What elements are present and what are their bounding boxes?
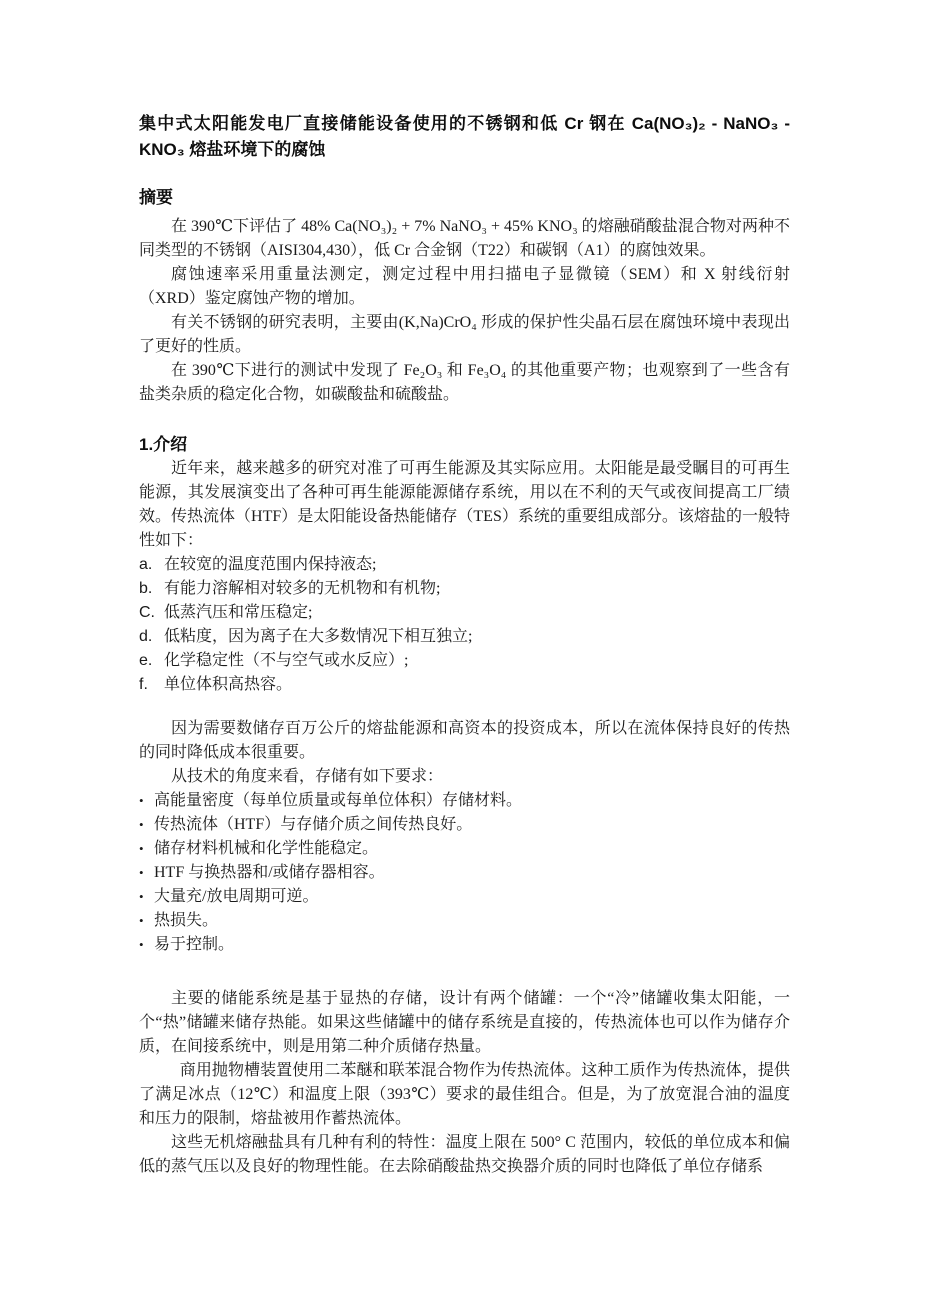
abstract-section: 在 390℃下评估了 48% Ca(NO₃)₂ + 7% NaNO₃ + 45%…: [139, 215, 790, 407]
blank-line: [139, 957, 790, 987]
list-item: f. 单位体积高热容。: [139, 673, 790, 697]
bullet-item-text: 高能量密度（每单位质量或每单位体积）存储材料。: [154, 789, 790, 813]
bullet-item-text: 传热流体（HTF）与存储介质之间传热良好。: [154, 813, 790, 837]
list-item: e. 化学稳定性（不与空气或水反应）;: [139, 649, 790, 673]
bullet-item: • HTF 与换热器和/或储存器相容。: [139, 861, 790, 885]
list-item: d. 低粘度，因为离子在大多数情况下相互独立;: [139, 625, 790, 649]
intro-paragraph: 商用抛物槽装置使用二苯醚和联苯混合物作为传热流体。这种工质作为传热流体，提供了满…: [139, 1059, 790, 1131]
bullet-item: • 高能量密度（每单位质量或每单位体积）存储材料。: [139, 789, 790, 813]
bullet-icon: •: [139, 909, 154, 933]
salt-properties-list: a. 在较宽的温度范围内保持液态; b. 有能力溶解相对较多的无机物和有机物; …: [139, 553, 790, 697]
list-item-marker: f.: [139, 673, 164, 697]
bullet-item: • 易于控制。: [139, 933, 790, 957]
bullet-item-text: HTF 与换热器和/或储存器相容。: [154, 861, 790, 885]
list-item-text: 低粘度，因为离子在大多数情况下相互独立;: [164, 625, 790, 649]
abstract-heading: 摘要: [139, 186, 790, 210]
bullet-item-text: 易于控制。: [154, 933, 790, 957]
bullet-icon: •: [139, 885, 154, 909]
bullet-item-text: 热损失。: [154, 909, 790, 933]
bullet-item-text: 大量充/放电周期可逆。: [154, 885, 790, 909]
abstract-paragraph: 腐蚀速率采用重量法测定，测定过程中用扫描电子显微镜（SEM）和 X 射线衍射（X…: [139, 263, 790, 311]
document-page: 集中式太阳能发电厂直接储能设备使用的不锈钢和低 Cr 钢在 Ca(NO₃)₂ -…: [0, 0, 926, 1309]
list-item-marker: e.: [139, 649, 164, 673]
abstract-paragraph: 在 390℃下评估了 48% Ca(NO₃)₂ + 7% NaNO₃ + 45%…: [139, 215, 790, 263]
bullet-item-text: 储存材料机械和化学性能稳定。: [154, 837, 790, 861]
storage-requirements-list: • 高能量密度（每单位质量或每单位体积）存储材料。 • 传热流体（HTF）与存储…: [139, 789, 790, 957]
introduction-section: 近年来，越来越多的研究对准了可再生能源及其实际应用。太阳能是最受瞩目的可再生能源…: [139, 457, 790, 1179]
bullet-icon: •: [139, 837, 154, 861]
abstract-paragraph: 有关不锈钢的研究表明，主要由(K,Na)CrO₄ 形成的保护性尖晶石层在腐蚀环境…: [139, 311, 790, 359]
list-item-text: 低蒸汽压和常压稳定;: [164, 601, 790, 625]
list-item: b. 有能力溶解相对较多的无机物和有机物;: [139, 577, 790, 601]
list-item-marker: C.: [139, 601, 164, 625]
blank-line: [139, 697, 790, 717]
document-title: 集中式太阳能发电厂直接储能设备使用的不锈钢和低 Cr 钢在 Ca(NO₃)₂ -…: [139, 111, 790, 163]
document-content: 集中式太阳能发电厂直接储能设备使用的不锈钢和低 Cr 钢在 Ca(NO₃)₂ -…: [0, 0, 926, 1179]
bullet-icon: •: [139, 789, 154, 813]
list-item-marker: a.: [139, 553, 164, 577]
intro-paragraph: 因为需要数储存百万公斤的熔盐能源和高资本的投资成本，所以在流体保持良好的传热的同…: [139, 717, 790, 765]
bullet-item: • 大量充/放电周期可逆。: [139, 885, 790, 909]
intro-paragraph: 近年来，越来越多的研究对准了可再生能源及其实际应用。太阳能是最受瞩目的可再生能源…: [139, 457, 790, 553]
list-item-marker: b.: [139, 577, 164, 601]
list-item-marker: d.: [139, 625, 164, 649]
bullet-icon: •: [139, 861, 154, 885]
intro-paragraph: 主要的储能系统是基于显热的存储，设计有两个储罐：一个“冷”储罐收集太阳能，一个“…: [139, 987, 790, 1059]
introduction-heading: 1.介绍: [139, 433, 790, 457]
list-item-text: 化学稳定性（不与空气或水反应）;: [164, 649, 790, 673]
list-item-text: 单位体积高热容。: [164, 673, 790, 697]
list-item-text: 有能力溶解相对较多的无机物和有机物;: [164, 577, 790, 601]
bullet-item: • 储存材料机械和化学性能稳定。: [139, 837, 790, 861]
bullet-item: • 传热流体（HTF）与存储介质之间传热良好。: [139, 813, 790, 837]
abstract-paragraph: 在 390℃下进行的测试中发现了 Fe₂O₃ 和 Fe₃O₄ 的其他重要产物；也…: [139, 359, 790, 407]
intro-paragraph: 这些无机熔融盐具有几种有利的特性：温度上限在 500° C 范围内，较低的单位成…: [139, 1131, 790, 1179]
intro-paragraph: 从技术的角度来看，存储有如下要求：: [139, 765, 790, 789]
bullet-icon: •: [139, 813, 154, 837]
bullet-item: • 热损失。: [139, 909, 790, 933]
bullet-icon: •: [139, 933, 154, 957]
list-item: C. 低蒸汽压和常压稳定;: [139, 601, 790, 625]
list-item: a. 在较宽的温度范围内保持液态;: [139, 553, 790, 577]
list-item-text: 在较宽的温度范围内保持液态;: [164, 553, 790, 577]
